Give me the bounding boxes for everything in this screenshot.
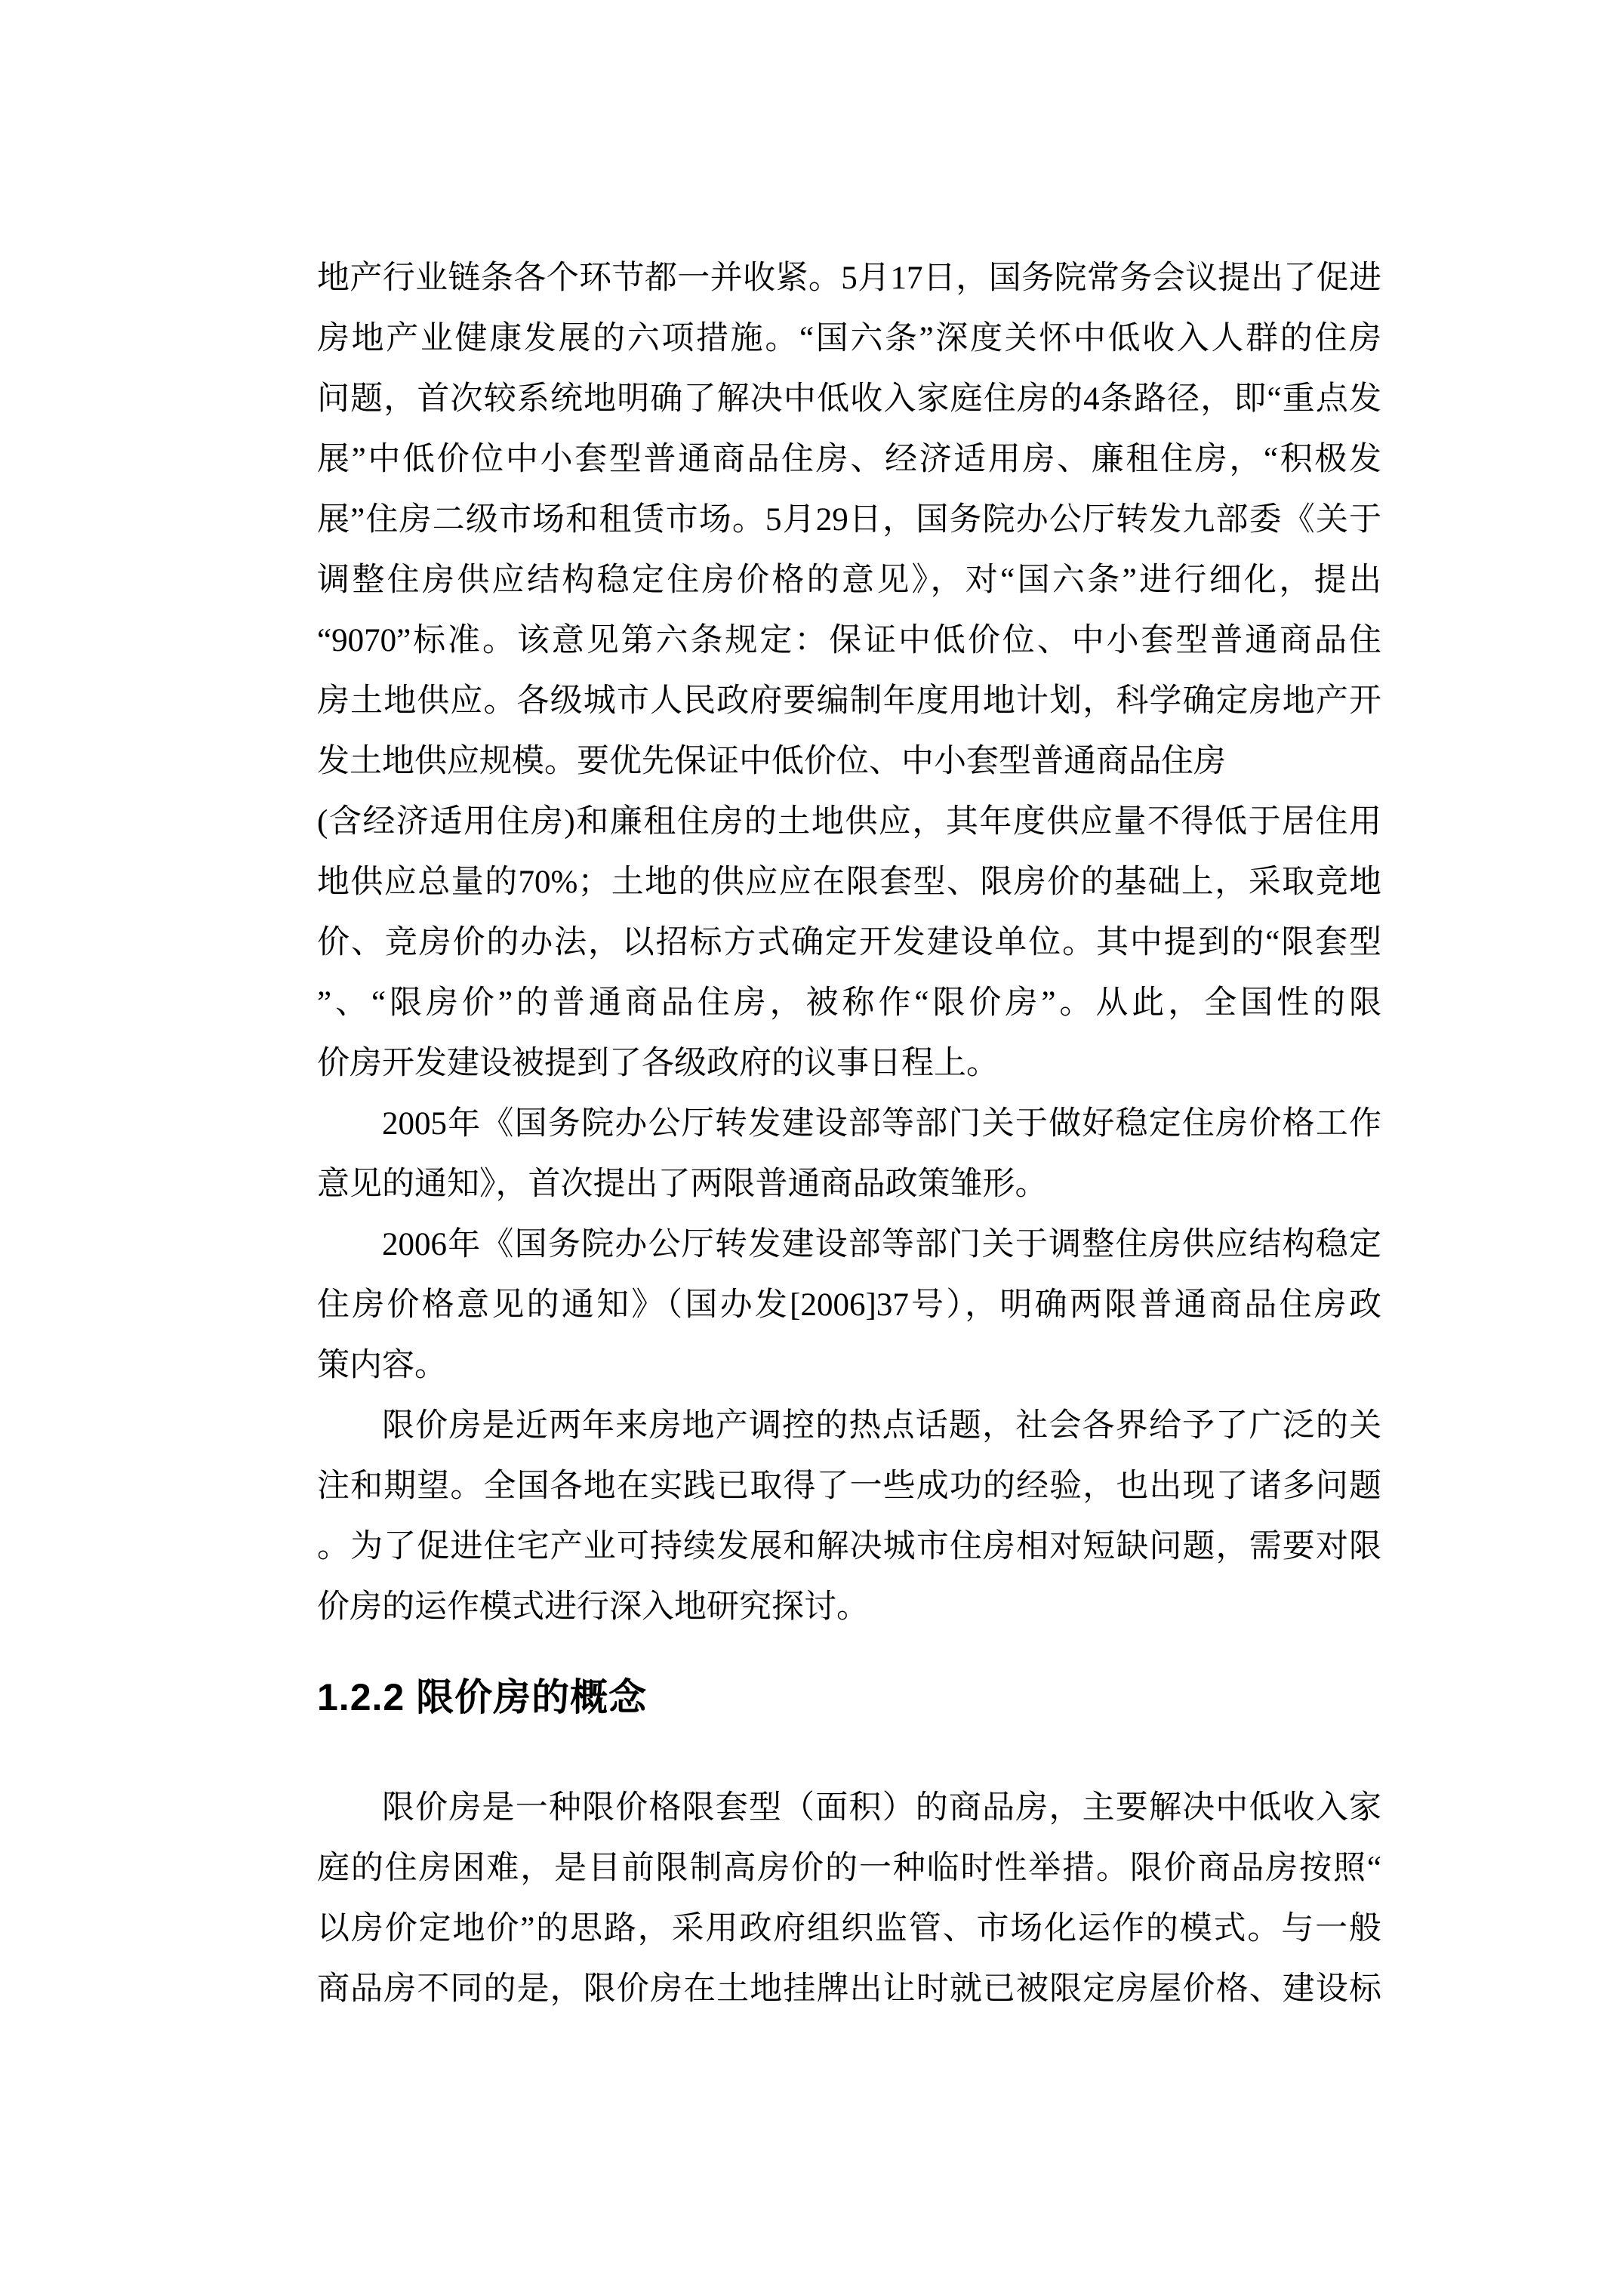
text-line: 房土地供应。各级城市人民政府要编制年度用地计划，科学确定房地产开 — [317, 671, 1381, 732]
text-line: 展”中低价位中小套型普通商品住房、经济适用房、廉租住房，“积极发 — [317, 430, 1381, 490]
text-line: 地产行业链条各个环节都一并收紧。5月17日，国务院常务会议提出了促进 — [317, 248, 1381, 309]
text-line: 2005年《国务院办公厅转发建设部等部门关于做好稳定住房价格工作 — [317, 1094, 1381, 1154]
text-line: ”、“限房价”的普通商品住房，被称作“限价房”。从此，全国性的限 — [317, 973, 1381, 1034]
text-line: 限价房是近两年来房地产调控的热点话题，社会各界给予了广泛的关 — [317, 1396, 1381, 1456]
text-line: 庭的住房困难，是目前限制高房价的一种临时性举措。限价商品房按照“ — [317, 1838, 1381, 1899]
text-line: 住房价格意见的通知》（国办发[2006]37号），明确两限普通商品住房政 — [317, 1275, 1381, 1336]
text-line: 。为了促进住宅产业可持续发展和解决城市住房相对短缺问题，需要对限 — [317, 1517, 1381, 1577]
text-line: 策内容。 — [317, 1336, 1381, 1396]
text-line: 调整住房供应结构稳定住房价格的意见》，对“国六条”进行细化，提出 — [317, 550, 1381, 611]
text-line: 价房开发建设被提到了各级政府的议事日程上。 — [317, 1034, 1381, 1094]
text-line: 限价房是一种限价格限套型（面积）的商品房，主要解决中低收入家 — [317, 1778, 1381, 1838]
text-line: “9070”标准。该意见第六条规定：保证中低价位、中小套型普通商品住 — [317, 611, 1381, 671]
section-heading: 1.2.2 限价房的概念 — [317, 1667, 1381, 1727]
text-line: 价房的运作模式进行深入地研究探讨。 — [317, 1577, 1381, 1638]
text-line: 商品房不同的是，限价房在土地挂牌出让时就已被限定房屋价格、建设标 — [317, 1959, 1381, 2020]
text-line: 以房价定地价”的思路，采用政府组织监管、市场化运作的模式。与一般 — [317, 1899, 1381, 1959]
text-line: 价、竞房价的办法，以招标方式确定开发建设单位。其中提到的“限套型 — [317, 913, 1381, 973]
text-line: 意见的通知》，首次提出了两限普通商品政策雏形。 — [317, 1154, 1381, 1215]
text-line: 问题，首次较系统地明确了解决中低收入家庭住房的4条路径，即“重点发 — [317, 369, 1381, 430]
text-line: 发土地供应规模。要优先保证中低价位、中小套型普通商品住房 — [317, 732, 1381, 792]
text-line: 地供应总量的70%；土地的供应应在限套型、限房价的基础上，采取竞地 — [317, 852, 1381, 913]
text-line: 2006年《国务院办公厅转发建设部等部门关于调整住房供应结构稳定 — [317, 1215, 1381, 1275]
text-line: 注和期望。全国各地在实践已取得了一些成功的经验，也出现了诸多问题 — [317, 1456, 1381, 1517]
text-line: 展”住房二级市场和租赁市场。5月29日，国务院办公厅转发九部委《关于 — [317, 490, 1381, 550]
text-block: 地产行业链条各个环节都一并收紧。5月17日，国务院常务会议提出了促进 房地产业健… — [317, 248, 1381, 2020]
text-line: (含经济适用住房)和廉租住房的土地供应，其年度供应量不得低于居住用 — [317, 792, 1381, 852]
text-line: 房地产业健康发展的六项措施。“国六条”深度关怀中低收入人群的住房 — [317, 309, 1381, 369]
document-page: 地产行业链条各个环节都一并收紧。5月17日，国务院常务会议提出了促进 房地产业健… — [0, 0, 1623, 2296]
